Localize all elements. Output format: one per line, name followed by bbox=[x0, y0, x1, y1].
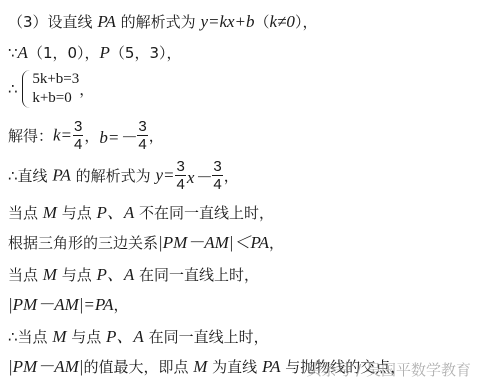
text: ∴当点 bbox=[8, 328, 52, 346]
text: 在同一直线上时， bbox=[144, 328, 269, 346]
var-k: k= bbox=[53, 126, 72, 145]
text: （ bbox=[255, 13, 270, 31]
line-equation: ∴直线 PA 的解析式为 y=34x－34， bbox=[8, 158, 239, 193]
coord-p: （5，3）， bbox=[110, 44, 182, 62]
brace-icon bbox=[22, 70, 31, 108]
point-m: M bbox=[43, 203, 57, 222]
var-b: b=－ bbox=[99, 128, 136, 147]
var-pa: PA bbox=[97, 12, 116, 31]
fraction-intercept: 34 bbox=[212, 158, 222, 193]
text: ， bbox=[114, 296, 129, 314]
line-pa: PA bbox=[262, 357, 281, 376]
text: 的解析式为 bbox=[116, 13, 201, 31]
line-setup: （3）设直线 PA 的解析式为 y=kx+b（k≠0）， bbox=[8, 12, 317, 32]
max-expression: |PM－AM| bbox=[8, 357, 83, 376]
denominator: 4 bbox=[212, 176, 222, 193]
text: 与点 bbox=[57, 204, 97, 222]
var-x: x－ bbox=[187, 168, 212, 187]
text: 当点 bbox=[8, 266, 43, 284]
point-p: P bbox=[100, 43, 110, 62]
text: 与点 bbox=[66, 328, 106, 346]
inequality-expression: |PM－AM|＜PA bbox=[158, 233, 269, 252]
var-y: y= bbox=[155, 166, 174, 185]
point-a: A bbox=[18, 43, 28, 62]
watermark: 头条号 / 吴国平数学教育 bbox=[306, 359, 471, 380]
equation-system: 5k+b=3 k+b=0 bbox=[22, 70, 79, 108]
points-pa: P、A bbox=[106, 327, 144, 346]
fraction-k: 34 bbox=[73, 118, 83, 153]
numerator: 3 bbox=[212, 158, 222, 176]
line-equality: |PM－AM|=PA， bbox=[8, 295, 129, 315]
text: ， bbox=[224, 167, 239, 185]
line-system: ∴ 5k+b=3 k+b=0 ， bbox=[8, 70, 94, 108]
text: 解得： bbox=[8, 127, 53, 145]
text: 为直线 bbox=[207, 358, 262, 376]
line-triangle-inequality: 根据三角形的三边关系|PM－AM|＜PA， bbox=[8, 233, 284, 253]
text: ）， bbox=[295, 13, 318, 31]
text: 的解析式为 bbox=[71, 167, 156, 185]
points-pa: P、A bbox=[97, 265, 135, 284]
denominator: 4 bbox=[73, 136, 83, 153]
denominator: 4 bbox=[137, 136, 147, 153]
line-solution: 解得：k=34，b=－34， bbox=[8, 118, 164, 153]
text: ∴直线 bbox=[8, 167, 52, 185]
line-case-collinear: 当点 M 与点 P、A 在同一直线上时， bbox=[8, 265, 259, 285]
point-m: M bbox=[43, 265, 57, 284]
denominator: 4 bbox=[175, 176, 185, 193]
text: 在同一直线上时， bbox=[134, 266, 259, 284]
therefore-symbol: ∴ bbox=[8, 80, 18, 98]
text: 不在同一直线上时， bbox=[134, 204, 274, 222]
text: ， bbox=[84, 127, 99, 145]
line-conclusion-1: ∴当点 M 与点 P、A 在同一直线上时， bbox=[8, 327, 269, 347]
condition: k≠0 bbox=[270, 12, 295, 31]
equation-2: k+b=0 bbox=[32, 89, 79, 108]
text: ， bbox=[269, 234, 284, 252]
text: （3）设直线 bbox=[8, 13, 97, 31]
point-m: M bbox=[52, 327, 66, 346]
formula: y=kx+b bbox=[200, 12, 254, 31]
equality-expression: |PM－AM|=PA bbox=[8, 295, 114, 314]
fraction-slope: 34 bbox=[175, 158, 185, 193]
coord-a: （1，0）， bbox=[28, 44, 100, 62]
fraction-b: 34 bbox=[137, 118, 147, 153]
numerator: 3 bbox=[175, 158, 185, 176]
text: ， bbox=[149, 127, 164, 145]
text: 的值最大，即点 bbox=[83, 358, 193, 376]
line-points: ∵A（1，0），P（5，3）， bbox=[8, 43, 182, 63]
numerator: 3 bbox=[137, 118, 147, 136]
points-pa: P、A bbox=[97, 203, 135, 222]
because-symbol: ∵ bbox=[8, 44, 18, 62]
point-m: M bbox=[193, 357, 207, 376]
text: 与点 bbox=[57, 266, 97, 284]
text: 根据三角形的三边关系 bbox=[8, 234, 158, 252]
numerator: 3 bbox=[73, 118, 83, 136]
equation-1: 5k+b=3 bbox=[32, 70, 79, 89]
text: ， bbox=[79, 81, 94, 99]
text: 当点 bbox=[8, 204, 43, 222]
line-case-not-collinear: 当点 M 与点 P、A 不在同一直线上时， bbox=[8, 203, 274, 223]
var-pa: PA bbox=[52, 166, 71, 185]
